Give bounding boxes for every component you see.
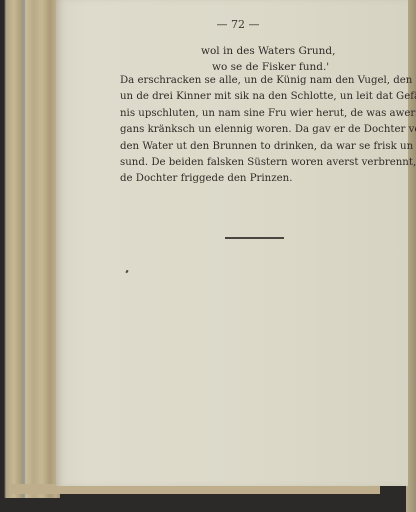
paragraph-line: un de drei Kinner mit sik na den Schlott… xyxy=(120,89,396,105)
paragraph-line: nis upschluten, un nam sine Fru wier her… xyxy=(120,106,396,122)
verse-line-2: wo se de Fisker fund.' xyxy=(212,61,329,73)
paragraph-line: sund. De beiden falsken Süstern woren av… xyxy=(120,155,396,171)
paragraph-line: de Dochter friggede den Prinzen. xyxy=(120,171,396,187)
paragraph-line: Da erschracken se alle, un de Künig nam … xyxy=(120,73,396,89)
page-number: — 72 — xyxy=(0,18,416,31)
section-divider xyxy=(225,237,284,239)
book-binding xyxy=(0,0,60,498)
paragraph: Da erschracken se alle, un de Künig nam … xyxy=(120,73,396,188)
binding-edge xyxy=(22,0,25,498)
paragraph-line: den Water ut den Brunnen to drinken, da … xyxy=(120,139,396,155)
paragraph-line: gans kränksch un elennig woren. Da gav e… xyxy=(120,122,396,138)
verse-line-1: wol in des Waters Grund, xyxy=(201,45,335,57)
